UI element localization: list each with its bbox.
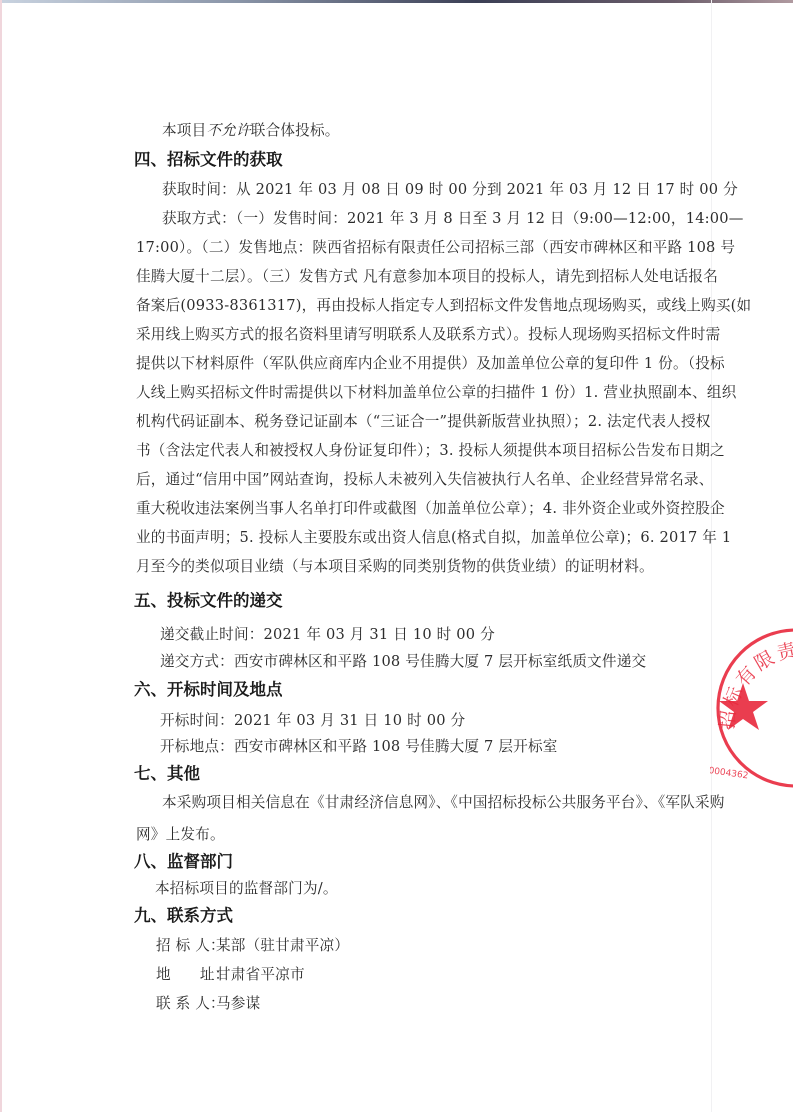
contact-value: 甘肃省平凉市 [216,966,305,983]
section-heading-supervision: 八、监督部门 [134,852,233,872]
paragraph-line-text: 佳腾大厦十二层）。（三）发售方式 凡有意参加本项目的投标人，请先到招标人处电话报… [136,268,660,286]
paragraph-line-text: 人线上购买招标文件时需提供以下材料加盖单位公章的扫描件 1 份）1. 营业执照副… [136,384,660,402]
section-heading-opening: 六、开标时间及地点 [134,680,283,700]
seal-text: 招标有限责任公 [716,638,793,730]
paragraph-line: 佳腾大厦十二层）。（三）发售方式 凡有意参加本项目的投标人，请先到招标人处电话报… [136,268,660,286]
paragraph-line: 业的书面声明；5. 投标人主要股东或出资人信息(格式自拟，加盖单位公章)；6. … [136,529,660,547]
opening-location-line: 开标地点：西安市碑林区和平路 108 号佳腾大厦 7 层开标室 [160,738,558,756]
official-seal: 招标有限责任公 0004362 [710,628,793,798]
contact-label: 地 址： [156,966,216,984]
intro-emphasis: 不允许 [206,122,250,139]
section-heading-obtain-documents: 四、招标文件的获取 [134,150,283,170]
opening-time-line: 开标时间：2021 年 03 月 31 日 10 时 00 分 [160,712,465,730]
contact-person: 联 系 人：马参谋 [156,995,260,1013]
paragraph-line-text: 重大税收违法案例当事人名单打印件或截图（加盖单位公章）；4. 非外资企业或外资控… [136,500,660,518]
obtain-method-line: 获取方式：（一）发售时间：2021 年 3 月 8 日至 3 月 12 日（9:… [162,210,744,228]
paragraph-line: 重大税收违法案例当事人名单打印件或截图（加盖单位公章）；4. 非外资企业或外资控… [136,500,660,518]
paragraph-line: 备案后(0933-8361317)，再由投标人指定专人到招标文件发售地点现场购买… [136,297,660,315]
paragraph-line: 提供以下材料原件（军队供应商库内企业不用提供）及加盖单位公章的复印件 1 份。（… [136,355,660,373]
paragraph-line-text: 书（含法定代表人和被授权人身份证复印件）；3. 投标人须提供本项目招标公告发布日… [136,442,660,460]
intro-suffix: 联合体投标。 [251,122,340,139]
paragraph-line: 书（含法定代表人和被授权人身份证复印件）；3. 投标人须提供本项目招标公告发布日… [136,442,660,460]
supervision-line: 本招标项目的监督部门为/。 [155,880,338,898]
scan-fold-line [711,0,712,1112]
paragraph-line-text: 业的书面声明；5. 投标人主要股东或出资人信息(格式自拟，加盖单位公章)；6. … [136,529,660,547]
section-heading-submission: 五、投标文件的递交 [134,591,283,611]
paragraph-line-last: 月至今的类似项目业绩（与本项目采购的同类别货物的供货业绩）的证明材料。 [136,558,654,576]
other-line: 本采购项目相关信息在《甘肃经济信息网》、《中国招标投标公共服务平台》、《军队采购 [136,794,725,812]
paragraph-line-text: 机构代码证副本、税务登记证副本（“三证合一”提供新版营业执照）；2. 法定代表人… [136,413,660,431]
contact-address: 地 址：甘肃省平凉市 [156,966,305,984]
svg-text:招标有限责任公: 招标有限责任公 [716,638,793,730]
other-line-text: 本采购项目相关信息在《甘肃经济信息网》、《中国招标投标公共服务平台》、《军队采购 [162,794,725,811]
scan-top-edge [0,0,793,3]
seal-serial: 0004362 [710,766,749,781]
paragraph-line-text: 采用线上购买方式的报名资料里请写明联系人及联系方式）。投标人现场购买招标文件时需 [136,326,660,344]
paragraph-line-text: 后，通过“信用中国”网站查询，投标人未被列入失信被执行人名单、企业经营异常名录、 [136,471,660,489]
submission-method-line: 递交方式：西安市碑林区和平路 108 号佳腾大厦 7 层开标室纸质文件递交 [160,653,646,671]
seal-icon: 招标有限责任公 0004362 [710,628,793,798]
paragraph-line: 17:00）。（二）发售地点：陕西省招标有限责任公司招标三部（西安市碑林区和平路… [136,239,660,257]
paragraph-line-text: 备案后(0933-8361317)，再由投标人指定专人到招标文件发售地点现场购买… [136,297,660,315]
paragraph-line: 采用线上购买方式的报名资料里请写明联系人及联系方式）。投标人现场购买招标文件时需 [136,326,660,344]
paragraph-line: 人线上购买招标文件时需提供以下材料加盖单位公章的扫描件 1 份）1. 营业执照副… [136,384,660,402]
contact-label: 招 标 人： [156,937,216,955]
section-heading-other: 七、其他 [134,764,200,784]
scan-left-edge [0,0,2,1112]
intro-line: 本项目不允许联合体投标。 [162,122,340,140]
paragraph-line-text: 提供以下材料原件（军队供应商库内企业不用提供）及加盖单位公章的复印件 1 份。（… [136,355,660,373]
intro-prefix: 本项目 [162,122,206,139]
submission-deadline-line: 递交截止时间：2021 年 03 月 31 日 10 时 00 分 [160,626,495,644]
paragraph-line: 后，通过“信用中国”网站查询，投标人未被列入失信被执行人名单、企业经营异常名录、 [136,471,660,489]
contact-tenderer: 招 标 人：某部（驻甘肃平凉） [156,937,349,955]
paragraph-line: 机构代码证副本、税务登记证副本（“三证合一”提供新版营业执照）；2. 法定代表人… [136,413,660,431]
section-heading-contact: 九、联系方式 [134,906,233,926]
other-line-continued: 网》上发布。 [136,826,225,844]
contact-value: 马参谋 [216,995,260,1012]
contact-label: 联 系 人： [156,995,216,1013]
contact-value: 某部（驻甘肃平凉） [216,937,349,954]
obtain-time-line: 获取时间：从 2021 年 03 月 08 日 09 时 00 分到 2021 … [162,181,738,199]
paragraph-line-text: 17:00）。（二）发售地点：陕西省招标有限责任公司招标三部（西安市碑林区和平路… [136,239,660,257]
